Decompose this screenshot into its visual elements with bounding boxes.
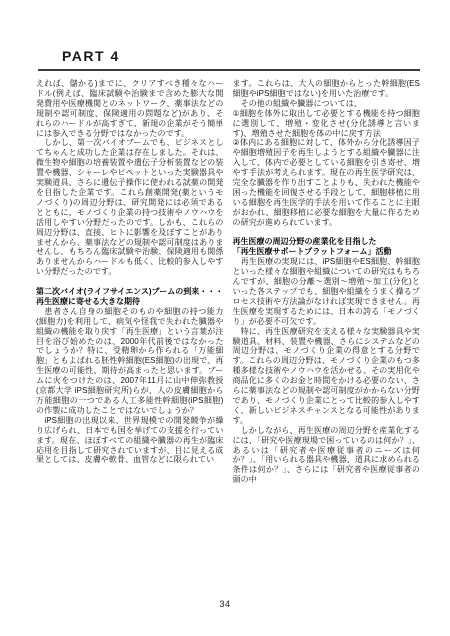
paragraph: しかし、第一次バイオブームでも、ビジネスとしてちゃんと成功した企業は存在しました…: [36, 138, 224, 277]
paragraph: 特に、再生医療研究を支える様々な実験器具や実験道具、材料、装置や機器、さらにシス…: [233, 327, 421, 426]
section-heading: 第二次バイオ(ライフサイエンス)ブームの到来・・・ 再生医療に寄せる大きな期待: [36, 287, 224, 307]
part-title: PART 4: [38, 48, 120, 64]
header-rule: [38, 69, 420, 71]
paragraph: 患者さん自身の細胞そのものや細胞の持つ能力(細胞力)を利用して、病気や怪我で失わ…: [36, 307, 224, 416]
paragraph: iPS細胞の出現以来、世界規模での開発競争が繰り広げられ、日本でも国を挙げての支…: [36, 416, 224, 466]
page-footer: 34: [0, 594, 450, 612]
paragraph: しかしながら、再生医療の周辺分野を産業化するには、「研究や医療現場で困っているの…: [233, 426, 421, 485]
text-columns: えれば、儲かる)までに、クリアすべき種々なハードル(例えば、臨床試験や治験まで含…: [36, 79, 420, 485]
section-heading-line: 第二次バイオ(ライフサイエンス)ブームの到来・・・: [36, 287, 224, 297]
page-number: 34: [219, 599, 230, 609]
document-page: PART 4 えれば、儲かる)までに、クリアすべき種々なハードル(例えば、臨床試…: [0, 0, 450, 636]
section-heading-line: 「再生医療サポートプラットフォーム」活動: [233, 247, 421, 257]
paragraph: その他の組織や臓器については、: [233, 99, 421, 109]
section-heading: 再生医療の周辺分野の産業化を目指した 「再生医療サポートプラットフォーム」活動: [233, 237, 421, 257]
paragraph-continuation: ます。これらは、大人の細胞からとった幹細胞(ES細胞やiPS細胞ではない)を用い…: [233, 79, 421, 99]
part-header: PART 4: [38, 48, 420, 71]
paragraph: 再生医療の実現には、iPS細胞やES細胞、幹細胞といった様々な細胞や組織について…: [233, 257, 421, 326]
numbered-item-1: ①細胞を体外に取出して必要とする機能を持つ細胞に選別して、増殖・変化させ(分化誘…: [233, 109, 421, 139]
paragraph-continuation: えれば、儲かる)までに、クリアすべき種々なハードル(例えば、臨床試験や治験まで含…: [36, 79, 224, 138]
section-heading-line: 再生医療に寄せる大きな期待: [36, 297, 224, 307]
left-column: えれば、儲かる)までに、クリアすべき種々なハードル(例えば、臨床試験や治験まで含…: [36, 79, 224, 485]
section-heading-line: 再生医療の周辺分野の産業化を目指した: [233, 237, 421, 247]
numbered-item-2: ②体内にある細胞に対して、体外から分化誘導因子や細胞増殖因子を再生しようとする組…: [233, 138, 421, 227]
right-column: ます。これらは、大人の細胞からとった幹細胞(ES細胞やiPS細胞ではない)を用い…: [233, 79, 421, 485]
